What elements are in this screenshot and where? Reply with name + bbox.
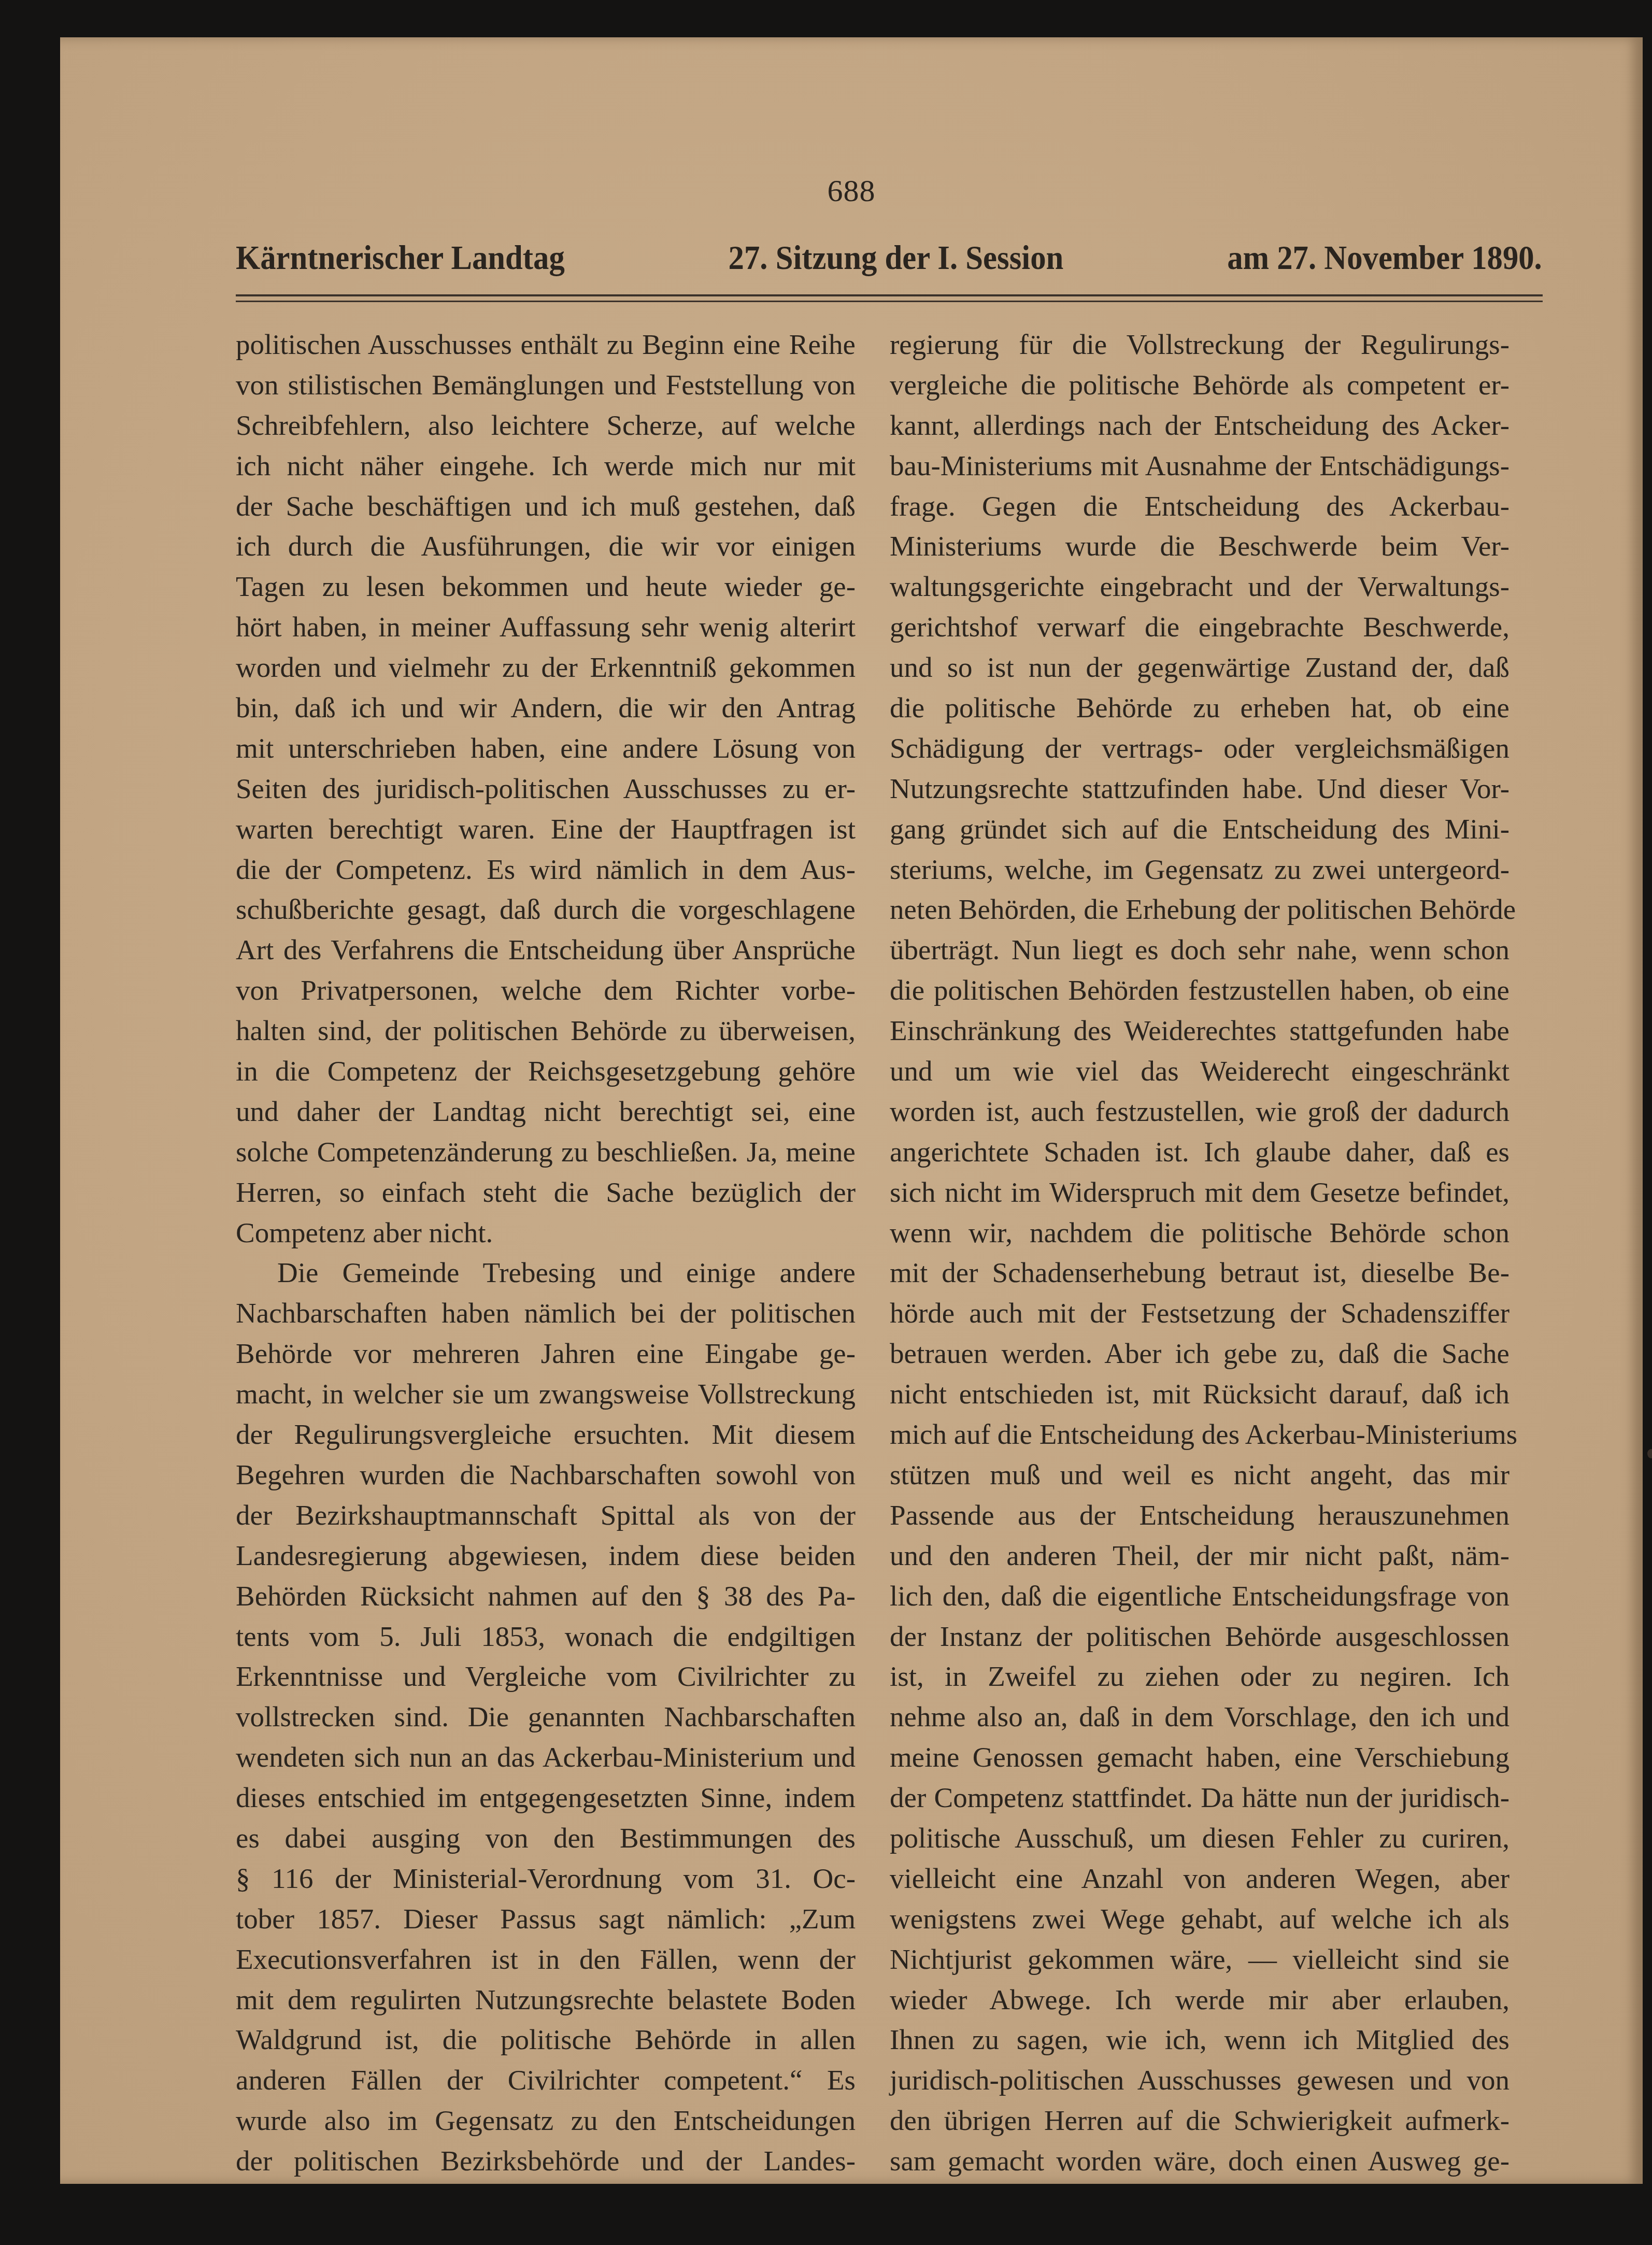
text-line: und um wie viel das Weiderecht eingeschr… (890, 1051, 1509, 1091)
text-line: wenigstens zwei Wege gehabt, auf welche … (890, 1899, 1509, 1939)
text-line: § 116 der Ministerial-Verordnung vom 31.… (236, 1858, 856, 1899)
text-line: Nutzungsrechte stattzufinden habe. Und d… (890, 769, 1509, 809)
text-line: neten Behörden, die Erhebung der politis… (890, 889, 1509, 930)
text-line: steriums, welche, im Gegensatz zu zwei u… (890, 849, 1509, 890)
text-line: mit dem regulirten Nutzungsrechte belast… (236, 1980, 856, 2020)
text-line: juridisch-politischen Ausschusses gewese… (890, 2060, 1509, 2100)
text-line: Executionsverfahren ist in den Fällen, w… (236, 1939, 856, 1980)
text-line: Ministeriums wurde die Beschwerde beim V… (890, 526, 1509, 566)
text-line: vielleicht eine Anzahl von anderen Wegen… (890, 1858, 1509, 1899)
text-line: wendeten sich nun an das Ackerbau-Minist… (236, 1737, 856, 1778)
text-line: hörde auch mit der Festsetzung der Schad… (890, 1293, 1509, 1333)
text-line: Landesregierung abgewiesen, indem diese … (236, 1536, 856, 1576)
text-line: regierung für die Vollstreckung der Regu… (890, 324, 1509, 365)
text-line: stützen muß und weil es nicht angeht, da… (890, 1455, 1509, 1495)
text-line: und so ist nun der gegenwärtige Zustand … (890, 647, 1509, 688)
text-line: von stilistischen Bemänglungen und Fests… (236, 365, 856, 405)
text-line: worden ist, auch festzustellen, wie groß… (890, 1091, 1509, 1132)
text-line: der Bezirkshauptmannschaft Spittal als v… (236, 1495, 856, 1536)
text-line: wieder Abwege. Ich werde mir aber erlaub… (890, 1980, 1509, 2020)
text-line: Art des Verfahrens die Entscheidung über… (236, 930, 856, 970)
text-line: halten sind, der politischen Behörde zu … (236, 1011, 856, 1051)
text-line: Erkenntnisse und Vergleiche vom Civilric… (236, 1656, 856, 1697)
text-line: der Competenz stattfindet. Da hätte nun … (890, 1778, 1509, 1818)
text-line: tober 1857. Dieser Passus sagt nämlich: … (236, 1899, 856, 1939)
text-line: frage. Gegen die Entscheidung des Ackerb… (890, 486, 1509, 527)
text-line: waltungsgerichte eingebracht und der Ver… (890, 566, 1509, 607)
text-line: überträgt. Nun liegt es doch sehr nahe, … (890, 930, 1509, 970)
text-line: Passende aus der Entscheidung herauszune… (890, 1495, 1509, 1536)
text-line: Competenz aber nicht. (236, 1213, 856, 1253)
text-line: und daher der Landtag nicht berechtigt s… (236, 1091, 856, 1132)
text-line: die politischen Behörden festzustellen h… (890, 970, 1509, 1011)
text-line: in die Competenz der Reichsgesetzgebung … (236, 1051, 856, 1091)
text-line: Nachbarschaften haben nämlich bei der po… (236, 1293, 856, 1333)
text-line: wenn wir, nachdem die politische Behörde… (890, 1213, 1509, 1253)
text-line: lich den, daß die eigentliche Entscheidu… (890, 1576, 1509, 1616)
text-line: vergleiche die politische Behörde als co… (890, 365, 1509, 405)
text-line: Seiten des juridisch-politischen Ausschu… (236, 769, 856, 809)
text-line: gerichtshof verwarf die eingebrachte Bes… (890, 607, 1509, 647)
text-line: vollstrecken sind. Die genannten Nachbar… (236, 1697, 856, 1737)
text-line: nicht entschieden ist, mit Rücksicht dar… (890, 1374, 1509, 1414)
text-line: mich auf die Entscheidung des Ackerbau-M… (890, 1414, 1509, 1455)
running-head-session: 27. Sitzung der I. Session (729, 238, 1064, 278)
text-line: nehme also an, daß in dem Vorschlage, de… (890, 1697, 1509, 1737)
text-line: Begehren wurden die Nachbarschaften sowo… (236, 1455, 856, 1495)
text-line: schußberichte gesagt, daß durch die vorg… (236, 889, 856, 930)
text-line: Herren, so einfach steht die Sache bezüg… (236, 1172, 856, 1213)
text-line: Schädigung der vertrags- oder vergleichs… (890, 728, 1509, 769)
text-line: sich nicht im Widerspruch mit dem Gesetz… (890, 1172, 1509, 1213)
text-line: Die Gemeinde Trebesing und einige andere (236, 1253, 856, 1293)
text-line: ich nicht näher eingehe. Ich werde mich … (236, 446, 856, 486)
text-line: betrauen werden. Aber ich gebe zu, daß d… (890, 1333, 1509, 1374)
text-line: worden und vielmehr zu der Erkenntniß ge… (236, 647, 856, 688)
text-line: meine Genossen gemacht haben, eine Versc… (890, 1737, 1509, 1778)
text-line: mit der Schadenserhebung betraut ist, di… (890, 1253, 1509, 1293)
text-line: politische Ausschuß, um diesen Fehler zu… (890, 1818, 1509, 1858)
text-line: bau-Ministeriums mit Ausnahme der Entsch… (890, 446, 1509, 486)
text-line: bin, daß ich und wir Andern, die wir den… (236, 688, 856, 728)
text-line: tents vom 5. Juli 1853, wonach die endgi… (236, 1616, 856, 1657)
text-line: den übrigen Herren auf die Schwierigkeit… (890, 2100, 1509, 2141)
text-line: Waldgrund ist, die politische Behörde in… (236, 2020, 856, 2060)
text-line: hört haben, in meiner Auffassung sehr we… (236, 607, 856, 647)
text-line: kannt, allerdings nach der Entscheidung … (890, 405, 1509, 446)
text-line: die politische Behörde zu erheben hat, o… (890, 688, 1509, 728)
text-line: warten berechtigt waren. Eine der Hauptf… (236, 809, 856, 849)
text-line: macht, in welcher sie um zwangsweise Vol… (236, 1374, 856, 1414)
header-rule-bottom (236, 301, 1543, 302)
text-line: Schreibfehlern, also leichtere Scherze, … (236, 405, 856, 446)
text-line: mit unterschrieben haben, eine andere Lö… (236, 728, 856, 769)
text-line: wurde also im Gegensatz zu den Entscheid… (236, 2100, 856, 2141)
text-line: der politischen Bezirksbehörde und der L… (236, 2141, 856, 2181)
running-head: Kärntnerischer Landtag 27. Sitzung der I… (236, 238, 1542, 278)
text-line: Einschränkung des Weiderechtes stattgefu… (890, 1011, 1509, 1051)
text-line: es dabei ausging von den Bestimmungen de… (236, 1818, 856, 1858)
text-line: Behörde vor mehreren Jahren eine Eingabe… (236, 1333, 856, 1374)
text-line: von Privatpersonen, welche dem Richter v… (236, 970, 856, 1011)
text-line: der Instanz der politischen Behörde ausg… (890, 1616, 1509, 1657)
text-line: sam gemacht worden wäre, doch einen Ausw… (890, 2141, 1509, 2181)
running-head-date: am 27. November 1890. (1227, 238, 1542, 278)
text-line: dieses entschied im entgegengesetzten Si… (236, 1778, 856, 1818)
text-line: gang gründet sich auf die Entscheidung d… (890, 809, 1509, 849)
text-line: solche Competenzänderung zu beschließen.… (236, 1132, 856, 1172)
text-line: ich durch die Ausführungen, die wir vor … (236, 526, 856, 566)
text-line: politischen Ausschusses enthält zu Begin… (236, 324, 856, 365)
text-line: angerichtete Schaden ist. Ich glaube dah… (890, 1132, 1509, 1172)
text-line: ist, in Zweifel zu ziehen oder zu negire… (890, 1656, 1509, 1697)
header-rule-top (236, 294, 1543, 296)
scanned-page: 688 Kärntnerischer Landtag 27. Sitzung d… (60, 37, 1643, 2184)
paper-speck (1647, 1449, 1652, 1458)
text-line: der Regulirungsvergleiche ersuchten. Mit… (236, 1414, 856, 1455)
text-line: der Sache beschäftigen und ich muß geste… (236, 486, 856, 527)
text-line: Tagen zu lesen bekommen und heute wieder… (236, 566, 856, 607)
text-line: Ihnen zu sagen, wie ich, wenn ich Mitgli… (890, 2020, 1509, 2060)
text-line: Nichtjurist gekommen wäre, — vielleicht … (890, 1939, 1509, 1980)
text-column-right: regierung für die Vollstreckung der Regu… (890, 324, 1509, 2181)
text-line: Behörden Rücksicht nahmen auf den § 38 d… (236, 1576, 856, 1616)
running-head-publication: Kärntnerischer Landtag (236, 238, 565, 278)
text-line: und den anderen Theil, der mir nicht paß… (890, 1536, 1509, 1576)
page-number: 688 (60, 173, 1643, 209)
text-column-left: politischen Ausschusses enthält zu Begin… (236, 324, 856, 2181)
text-line: anderen Fällen der Civilrichter competen… (236, 2060, 856, 2100)
text-line: die der Competenz. Es wird nämlich in de… (236, 849, 856, 890)
